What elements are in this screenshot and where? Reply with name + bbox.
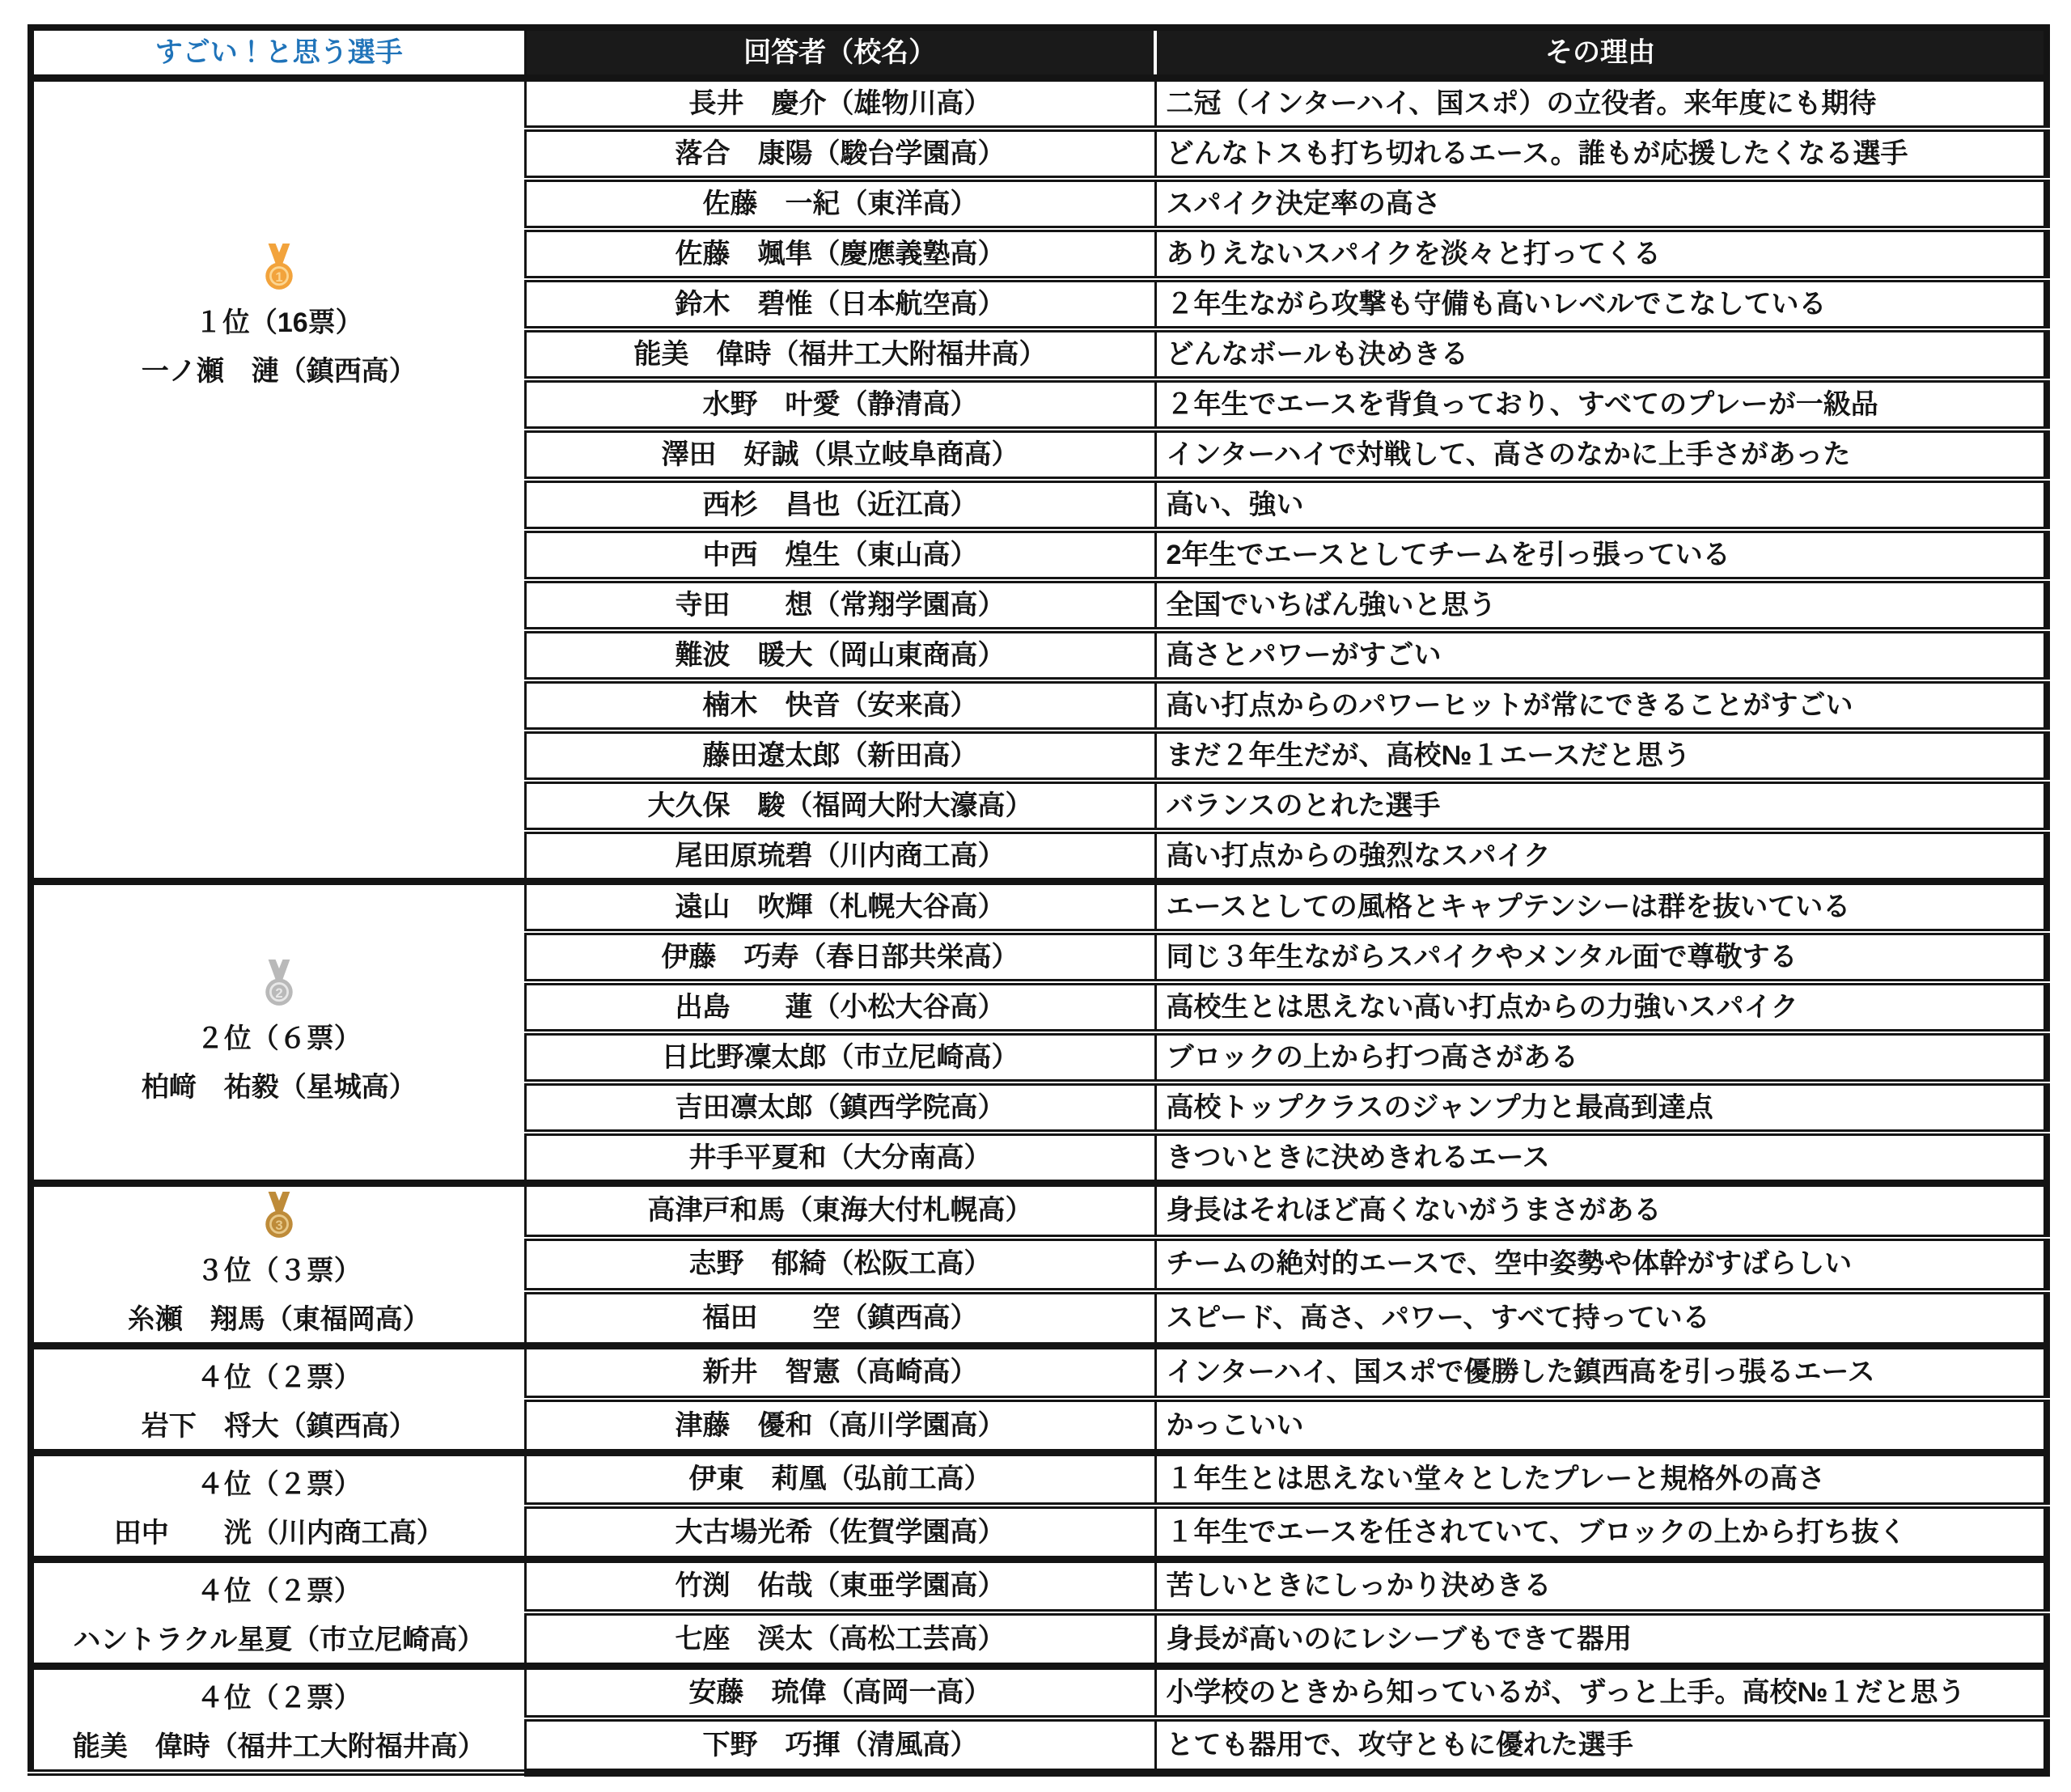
player-name: 田中 洸（川内商工高） [40,1516,518,1551]
table-row: ４位（２票）岩下 将大（鎮西高）新井 智憲（高崎高）インターハイ、国スポで優勝し… [31,1345,2047,1399]
player-name: 岩下 将大（鎮西高） [40,1409,518,1444]
reason-cell: どんなトスも打ち切れるエース。誰もが応援したくなる選手 [1155,129,2047,179]
reason-cell: 高い打点からのパワーヒットが常にできることがすごい [1155,680,2047,731]
respondent-cell: 難波 暖大（岡山東商高） [525,630,1155,680]
respondent-cell: 佐藤 一紀（東洋高） [525,179,1155,229]
reason-cell: 高さとパワーがすごい [1155,630,2047,680]
header-player: すごい！と思う選手 [31,28,525,78]
respondent-cell: 鈴木 碧惟（日本航空高） [525,279,1155,329]
reason-cell: ブロックの上から打つ高さがある [1155,1032,2047,1082]
svg-text:2: 2 [275,985,282,1001]
reason-cell: 2年生でエースとしてチームを引っ張っている [1155,530,2047,580]
reason-cell: 高い、強い [1155,480,2047,530]
respondent-cell: 遠山 吹輝（札幌大谷高） [525,882,1155,933]
rank-label: １位（16票） [40,306,518,341]
rank-cell: 3３位（３票）糸瀬 翔馬（東福岡高） [31,1184,525,1346]
svg-text:1: 1 [275,269,282,285]
respondent-cell: 中西 煌生（東山高） [525,530,1155,580]
player-name: 糸瀬 翔馬（東福岡高） [40,1303,518,1337]
header-row: すごい！と思う選手 回答者（校名） その理由 [31,28,2047,78]
respondent-cell: 日比野凜太郎（市立尼崎高） [525,1032,1155,1082]
player-name: 一ノ瀬 漣（鎮西高） [40,354,518,389]
player-name: 柏﨑 祐毅（星城高） [40,1070,518,1105]
reason-cell: エースとしての風格とキャプテンシーは群を抜いている [1155,882,2047,933]
respondent-cell: 竹渕 佑哉（東亜学園高） [525,1559,1155,1612]
player-name: 能美 偉時（福井工大附福井高） [40,1730,518,1764]
reason-cell: どんなボールも決めきる [1155,329,2047,379]
reason-cell: ありえないスパイクを淡々と打ってくる [1155,229,2047,279]
reason-cell: インターハイ、国スポで優勝した鎮西高を引っ張るエース [1155,1345,2047,1399]
rank-label: ４位（２票） [40,1361,518,1396]
respondent-cell: 藤田遼太郎（新田高） [525,731,1155,781]
reason-cell: １年生でエースを任されていて、ブロックの上から打ち抜く [1155,1506,2047,1559]
player-name: ハントラクル星夏（市立尼崎高） [40,1623,518,1658]
reason-cell: 苦しいときにしっかり決めきる [1155,1559,2047,1612]
header-reason: その理由 [1155,28,2047,78]
ranking-table: すごい！と思う選手 回答者（校名） その理由 1１位（16票）一ノ瀬 漣（鎮西高… [28,24,2050,1777]
reason-cell: バランスのとれた選手 [1155,781,2047,831]
rank-cell: 1１位（16票）一ノ瀬 漣（鎮西高） [31,78,525,882]
reason-cell: かっこいい [1155,1399,2047,1452]
rank-label: ４位（２票） [40,1681,518,1716]
rank-cell: 2２位（６票）柏﨑 祐毅（星城高） [31,882,525,1184]
survey-table-page: すごい！と思う選手 回答者（校名） その理由 1１位（16票）一ノ瀬 漣（鎮西高… [0,24,2071,1777]
respondent-cell: 七座 渓太（高松工芸高） [525,1612,1155,1666]
reason-cell: ２年生でエースを背負っており、すべてのプレーが一級品 [1155,379,2047,430]
reason-cell: チームの絶対的エースで、空中姿勢や体幹がすばらしい [1155,1238,2047,1291]
table-row: ４位（２票）田中 洸（川内商工高）伊東 莉凰（弘前工高）１年生とは思えない堂々と… [31,1452,2047,1506]
gold-medal-icon: 1 [40,244,518,299]
respondent-cell: 志野 郁綺（松阪工高） [525,1238,1155,1291]
respondent-cell: 長井 慶介（雄物川高） [525,78,1155,129]
respondent-cell: 西杉 昌也（近江高） [525,480,1155,530]
respondent-cell: 出島 蓮（小松大谷高） [525,982,1155,1032]
bronze-medal-icon: 3 [40,1192,518,1248]
respondent-cell: 高津戸和馬（東海大付札幌高） [525,1184,1155,1238]
rank-label: ３位（３票） [40,1254,518,1289]
reason-cell: スピード、高さ、パワー、すべて持っている [1155,1291,2047,1345]
respondent-cell: 佐藤 颯隼（慶應義塾高） [525,229,1155,279]
reason-cell: １年生とは思えない堂々としたプレーと規格外の高さ [1155,1452,2047,1506]
respondent-cell: 大久保 駿（福岡大附大濠高） [525,781,1155,831]
table-row: 1１位（16票）一ノ瀬 漣（鎮西高）長井 慶介（雄物川高）二冠（インターハイ、国… [31,78,2047,129]
rank-label: ４位（２票） [40,1574,518,1609]
rank-cell: ４位（２票）岩下 将大（鎮西高） [31,1345,525,1452]
reason-cell: 二冠（インターハイ、国スポ）の立役者。来年度にも期待 [1155,78,2047,129]
reason-cell: ２年生ながら攻撃も守備も高いレベルでこなしている [1155,279,2047,329]
respondent-cell: 吉田凛太郎（鎮西学院高） [525,1082,1155,1133]
reason-cell: 身長はそれほど高くないがうまさがある [1155,1184,2047,1238]
respondent-cell: 安藤 琉偉（高岡一高） [525,1666,1155,1718]
table-row: 2２位（６票）柏﨑 祐毅（星城高）遠山 吹輝（札幌大谷高）エースとしての風格とキ… [31,882,2047,933]
table-row: 3３位（３票）糸瀬 翔馬（東福岡高）高津戸和馬（東海大付札幌高）身長はそれほど高… [31,1184,2047,1238]
rank-cell: ４位（２票）ハントラクル星夏（市立尼崎高） [31,1559,525,1666]
silver-medal-icon: 2 [40,960,518,1015]
table-row: ４位（２票）能美 偉時（福井工大附福井高）安藤 琉偉（高岡一高）小学校のときから… [31,1666,2047,1718]
reason-cell: とても器用で、攻守ともに優れた選手 [1155,1718,2047,1772]
respondent-cell: 下野 巧揮（清風高） [525,1718,1155,1772]
respondent-cell: 津藤 優和（高川学園高） [525,1399,1155,1452]
table-row: ４位（２票）ハントラクル星夏（市立尼崎高）竹渕 佑哉（東亜学園高）苦しいときにし… [31,1559,2047,1612]
respondent-cell: 能美 偉時（福井工大附福井高） [525,329,1155,379]
rank-label: ２位（６票） [40,1022,518,1057]
reason-cell: 身長が高いのにレシーブもできて器用 [1155,1612,2047,1666]
reason-cell: 同じ３年生ながらスパイクやメンタル面で尊敬する [1155,932,2047,982]
reason-cell: 小学校のときから知っているが、ずっと上手。高校№１だと思う [1155,1666,2047,1718]
reason-cell: スパイク決定率の高さ [1155,179,2047,229]
rank-label: ４位（２票） [40,1468,518,1502]
respondent-cell: 澤田 好誠（県立岐阜商高） [525,430,1155,480]
respondent-cell: 福田 空（鎮西高） [525,1291,1155,1345]
svg-text:3: 3 [275,1218,282,1233]
table-body: 1１位（16票）一ノ瀬 漣（鎮西高）長井 慶介（雄物川高）二冠（インターハイ、国… [31,78,2047,1773]
respondent-cell: 大古場光希（佐賀学園高） [525,1506,1155,1559]
respondent-cell: 水野 叶愛（静清高） [525,379,1155,430]
reason-cell: 高校トップクラスのジャンプ力と最高到達点 [1155,1082,2047,1133]
rank-cell: ４位（２票）田中 洸（川内商工高） [31,1452,525,1559]
respondent-cell: 新井 智憲（高崎高） [525,1345,1155,1399]
reason-cell: まだ２年生だが、高校№１エースだと思う [1155,731,2047,781]
reason-cell: インターハイで対戦して、高さのなかに上手さがあった [1155,430,2047,480]
reason-cell: 高校生とは思えない高い打点からの力強いスパイク [1155,982,2047,1032]
respondent-cell: 伊東 莉凰（弘前工高） [525,1452,1155,1506]
respondent-cell: 寺田 想（常翔学園高） [525,580,1155,630]
reason-cell: 高い打点からの強烈なスパイク [1155,831,2047,882]
header-respondent: 回答者（校名） [525,28,1155,78]
reason-cell: きついときに決めきれるエース [1155,1133,2047,1184]
respondent-cell: 伊藤 巧寿（春日部共栄高） [525,932,1155,982]
respondent-cell: 落合 康陽（駿台学園高） [525,129,1155,179]
respondent-cell: 井手平夏和（大分南高） [525,1133,1155,1184]
respondent-cell: 楠木 快音（安来高） [525,680,1155,731]
respondent-cell: 尾田原琉碧（川内商工高） [525,831,1155,882]
rank-cell: ４位（２票）能美 偉時（福井工大附福井高） [31,1666,525,1773]
reason-cell: 全国でいちばん強いと思う [1155,580,2047,630]
